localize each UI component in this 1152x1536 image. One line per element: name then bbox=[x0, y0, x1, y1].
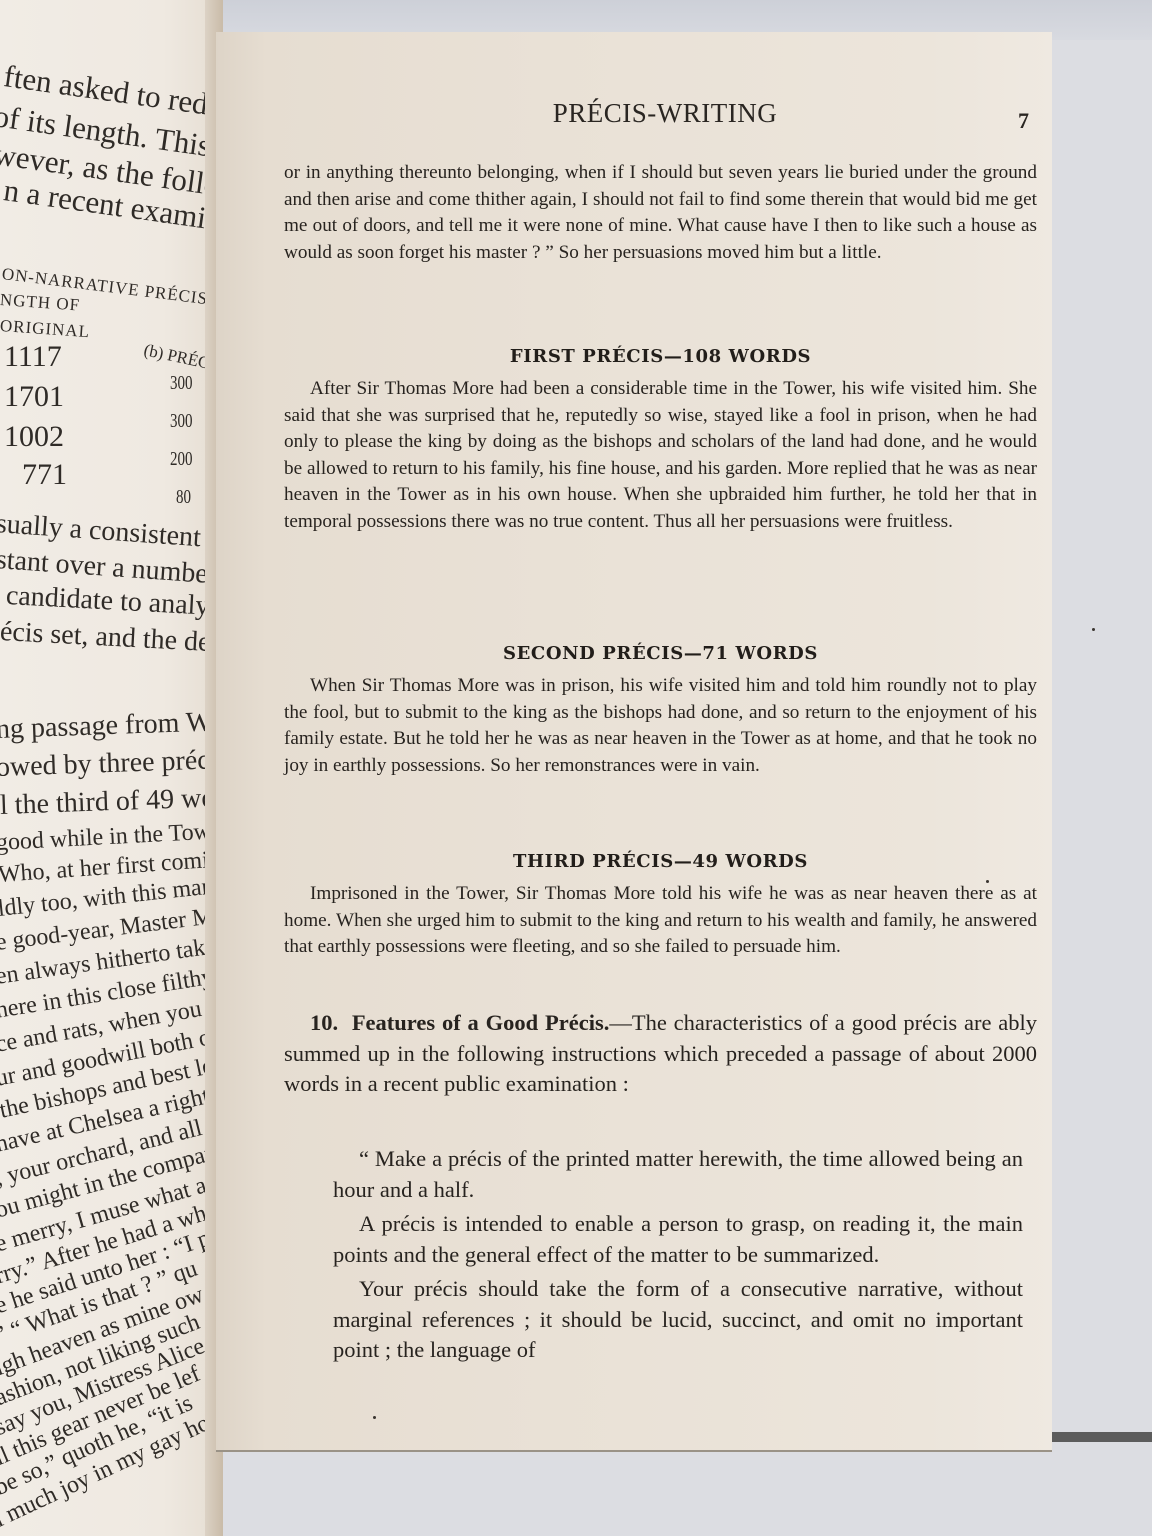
continuation-paragraph: or in anything thereunto belonging, when… bbox=[284, 160, 1037, 266]
paper-speck bbox=[373, 1416, 376, 1419]
third-precis: THIRD PRÉCIS—49 WORDS Imprisoned in the … bbox=[284, 851, 1037, 961]
left-body-line: l the third of 49 words bbox=[0, 781, 218, 822]
first-precis-text: After Sir Thomas More had been a conside… bbox=[284, 376, 1037, 536]
second-precis: SECOND PRÉCIS—71 WORDS When Sir Thomas M… bbox=[284, 643, 1037, 779]
left-body-line: ng passage from Willi bbox=[0, 705, 218, 746]
left-body-line: owed by three précis, t bbox=[0, 743, 218, 784]
table-original: 1002 bbox=[4, 420, 64, 454]
first-precis-heading: FIRST PRÉCIS—108 WORDS bbox=[284, 346, 1037, 367]
table-precis: 300 bbox=[170, 410, 193, 433]
running-head: PRÉCIS-WRITING bbox=[330, 98, 1000, 129]
table-original: 1701 bbox=[4, 380, 64, 414]
page-number: 7 bbox=[1018, 108, 1029, 134]
table-header: ORIGINAL bbox=[0, 316, 91, 342]
table-original: 1117 bbox=[4, 340, 62, 374]
paper-speck bbox=[986, 880, 989, 883]
table-precis: 200 bbox=[170, 448, 193, 471]
third-precis-heading: THIRD PRÉCIS—49 WORDS bbox=[284, 851, 1037, 872]
table-original: 771 bbox=[22, 458, 67, 492]
quote-paragraph: “ Make a précis of the printed matter he… bbox=[333, 1144, 1023, 1205]
table-precis: 300 bbox=[170, 372, 193, 395]
continuation-text: or in anything thereunto belonging, when… bbox=[284, 160, 1037, 266]
section-10: 10. Features of a Good Précis.—The chara… bbox=[284, 1008, 1037, 1100]
table-precis: 80 bbox=[176, 486, 191, 509]
first-precis: FIRST PRÉCIS—108 WORDS After Sir Thomas … bbox=[284, 346, 1037, 536]
second-precis-heading: SECOND PRÉCIS—71 WORDS bbox=[284, 643, 1037, 664]
second-precis-text: When Sir Thomas More was in prison, his … bbox=[284, 673, 1037, 779]
quote-paragraph: A précis is intended to enable a person … bbox=[333, 1209, 1023, 1270]
left-page: ften asked to reduce of its length. This… bbox=[0, 0, 218, 1536]
section-number: 10. bbox=[310, 1010, 338, 1035]
section-title: Features of a Good Précis. bbox=[352, 1010, 610, 1035]
left-body-line: écis set, and the degree bbox=[0, 616, 218, 662]
section-10-paragraph: 10. Features of a Good Précis.—The chara… bbox=[284, 1008, 1037, 1100]
page-edge-shadow bbox=[1052, 1432, 1152, 1442]
quote-paragraph: Your précis should take the form of a co… bbox=[333, 1274, 1023, 1366]
paper-speck bbox=[1092, 628, 1095, 631]
third-precis-text: Imprisoned in the Tower, Sir Thomas More… bbox=[284, 881, 1037, 961]
table-header: NGTH OF bbox=[0, 290, 81, 316]
exam-instructions-quote: “ Make a précis of the printed matter he… bbox=[333, 1144, 1023, 1366]
